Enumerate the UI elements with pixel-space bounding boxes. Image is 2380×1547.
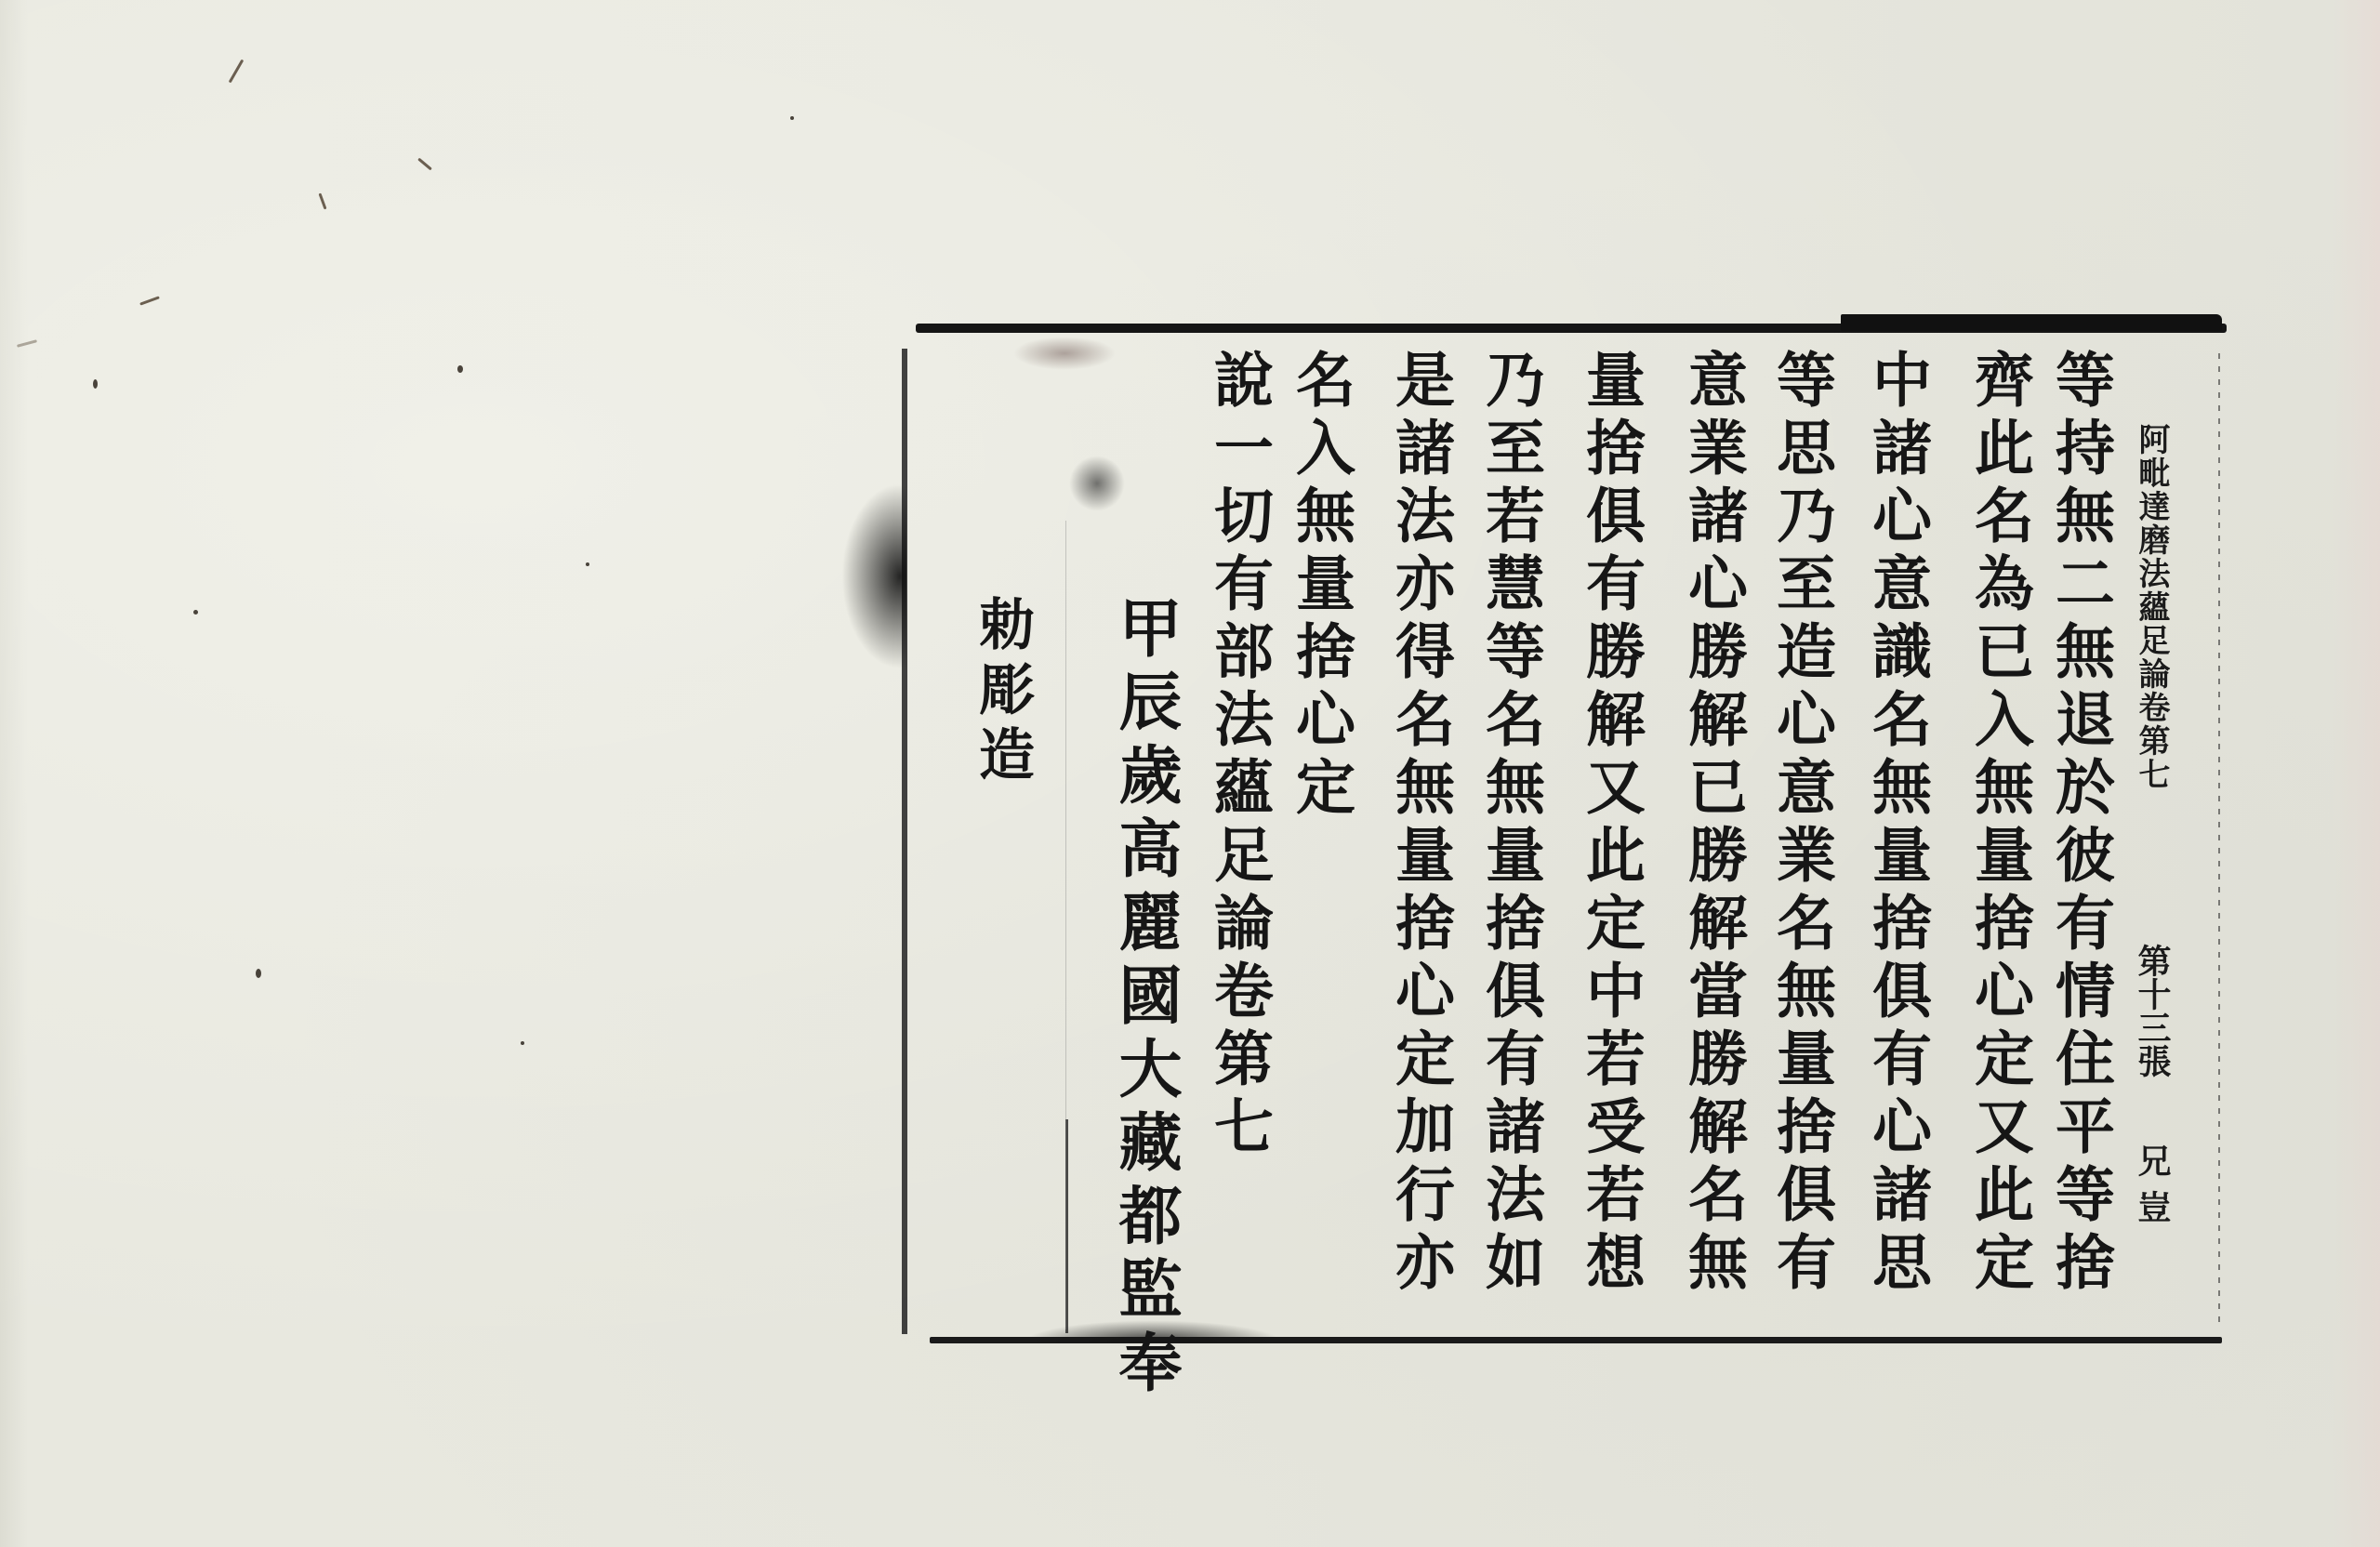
volume-title-column: 說一切有部法蘊足論卷第七 [1209,349,1268,1163]
ink-smudge [1069,456,1125,511]
frame-top-border-heavy [1841,314,2222,331]
paper-fleck [93,379,98,389]
paper-fleck [457,365,463,373]
paper-fleck [586,562,589,566]
text-column-9: 名入無量捨心定 [1290,349,1350,824]
colophon-rule-faint [1065,521,1066,1329]
stain [1013,337,1116,370]
text-column-2: 齊此名為已入無量捨心定又此定 [1969,349,2029,1299]
margin-mark: 兄豈 [2129,1144,2176,1236]
paper-fleck [521,1041,524,1045]
paper-fleck [790,116,794,120]
margin-rule [2218,353,2220,1329]
text-column-6: 量捨俱有勝解又此定中若受若想 [1580,349,1640,1299]
text-column-3: 中諸心意識名無量捨俱有心諸思 [1867,349,1926,1299]
paper-fleck [193,610,198,615]
text-column-7: 乃至若慧等名無量捨俱有諸法如 [1480,349,1540,1299]
colophon-carver-column: 勅彫造 [974,595,1030,790]
text-column-8: 是諸法亦得名無量捨心定加行亦 [1390,349,1449,1299]
text-column-4: 等思乃至造心意業名無量捨俱有 [1771,349,1831,1299]
paper-fleck [256,969,261,978]
margin-page-number: 第十三張 [2129,944,2176,1078]
margin-title: 阿毗達磨法蘊足論卷第七 [2129,423,2175,791]
ink-stain [841,483,906,669]
text-column-1: 等持無二無退於彼有情住平等捨 [2050,349,2109,1299]
colophon-column: 甲辰歲高麗國大藏都監奉 [1114,595,1177,1403]
text-column-5: 意業諸心勝解已勝解當勝解名無 [1683,349,1742,1299]
